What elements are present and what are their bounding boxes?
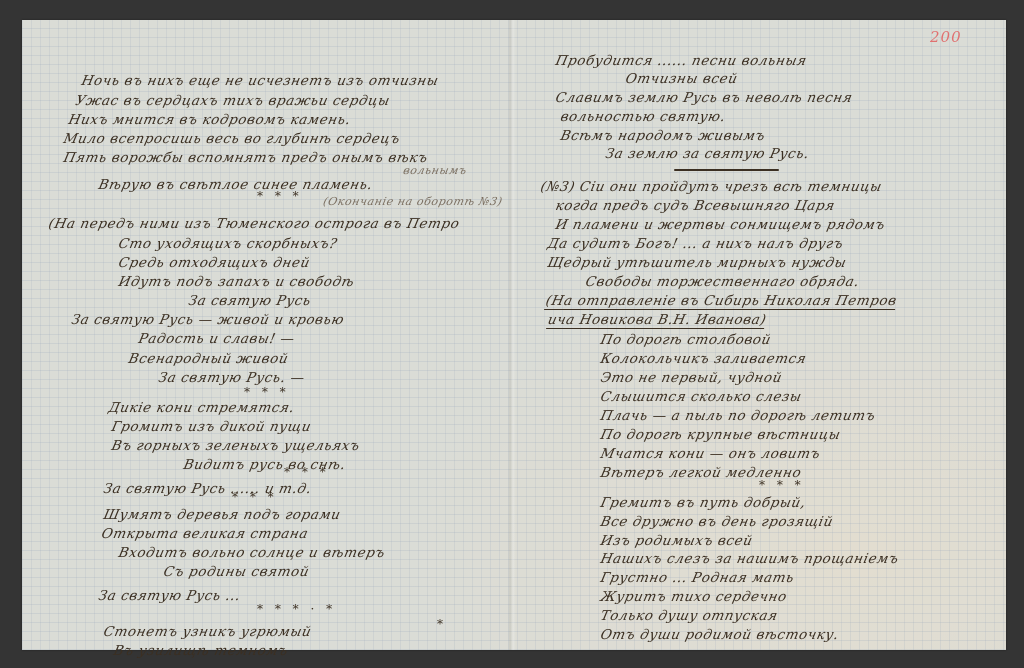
handwritten-line: Колокольчикъ заливается <box>599 351 808 367</box>
page-number: 200 <box>930 28 962 46</box>
handwritten-line: Ночь въ нихъ еще не исчезнетъ изъ отчизн… <box>80 73 440 89</box>
handwritten-line: За святую Русь ...... и т.д. <box>102 481 313 497</box>
handwritten-line: Въ узилищѣ темномъ <box>112 643 290 659</box>
handwritten-line: Журитъ тихо сердечно <box>599 589 789 605</box>
asterism-mark: * * * <box>759 478 805 492</box>
asterism-mark: * * * <box>257 189 303 203</box>
handwritten-line: Всѣмъ народомъ живымъ <box>559 128 767 144</box>
handwritten-line: Всенародный живой <box>127 351 290 367</box>
handwritten-line: Нашихъ слезъ за нашимъ прощанiемъ <box>599 551 900 567</box>
handwritten-line: За святую Русь <box>187 293 313 309</box>
handwritten-line: Мило всепросишь весь во глубинѣ сердецъ <box>62 131 402 147</box>
handwritten-line: Изъ родимыхъ всей <box>599 533 754 549</box>
handwritten-line: Открыта великая страна <box>100 526 310 542</box>
handwritten-line: Входитъ вольно солнце и вѣтеръ <box>117 545 387 561</box>
handwritten-line: (На отправленiе въ Сибирь Николая Петров <box>544 293 898 310</box>
handwritten-line: Славимъ землю Русь въ неволѣ песня <box>554 90 854 106</box>
handwritten-line: За святую Русь. — <box>157 370 306 386</box>
handwritten-line: Слышится сколько слезы <box>599 389 803 405</box>
handwritten-line: Мчатся кони — онъ ловитъ <box>599 446 822 462</box>
handwritten-line: (На передъ ними изъ Тюменского острога в… <box>47 216 461 232</box>
handwritten-line: ича Новикова В.Н. Иванова) <box>546 312 768 329</box>
right-page: 200 Пробудится ...... песни вольныяОтчиз… <box>514 20 1006 650</box>
handwritten-line: Только душу отпуская <box>599 608 779 624</box>
asterism-mark: * * * <box>232 490 278 504</box>
handwritten-line: Отчизны всей <box>624 71 739 87</box>
handwritten-line: вольнымъ <box>402 164 468 177</box>
handwritten-line: Отъ души родимой вѣсточку. <box>599 627 840 643</box>
handwritten-line: За землю за святую Русь. <box>604 146 811 162</box>
handwritten-line: Дикiе кони стремятся. <box>107 400 296 416</box>
handwritten-line: Пробудится ...... песни вольныя <box>554 53 808 69</box>
handwritten-line: Радость и славы! — <box>137 331 296 347</box>
handwritten-line: Пять ворожбы вспомнятъ предъ онымъ вѣкъ <box>62 150 429 166</box>
handwritten-line: Идутъ подъ запахъ и свободѣ <box>117 274 356 290</box>
manuscript-sheet: Ночь въ нихъ еще не исчезнетъ изъ отчизн… <box>22 20 1006 650</box>
handwritten-line: По дорогѣ столбовой <box>599 332 773 348</box>
handwritten-line: Въ горныхъ зеленыхъ ущельяхъ <box>110 438 361 454</box>
asterism-mark: * <box>437 617 447 631</box>
left-page: Ночь въ нихъ еще не исчезнетъ изъ отчизн… <box>22 20 510 650</box>
handwritten-line: (№3) Сiи они пройдутъ чрезъ всѣ темницы <box>539 179 884 195</box>
divider-rule <box>674 169 779 171</box>
handwritten-line: Стонетъ узникъ угрюмый <box>102 624 313 640</box>
handwritten-line: За святую Русь ... <box>97 588 242 604</box>
handwritten-line: Это не первый, чудной <box>599 370 784 386</box>
handwritten-line: Вѣрую въ свѣтлое синее пламень. <box>97 177 374 193</box>
handwritten-line: Гремитъ въ путь добрый, <box>599 495 807 511</box>
handwritten-line: Средь отходящихъ дней <box>117 255 312 271</box>
handwritten-line: За святую Русь — живой и кровью <box>70 312 346 328</box>
asterism-mark: * * * <box>244 385 290 399</box>
handwritten-line: Плачь — а пыль по дорогѣ летитъ <box>599 408 877 424</box>
handwritten-line: Грустно ... Родная мать <box>599 570 796 586</box>
handwritten-line: Все дружно въ день грозящій <box>599 514 835 530</box>
handwritten-line: Сто уходящихъ скорбныхъ? <box>117 236 339 252</box>
handwritten-line: Да судитъ Богъ! ... а нихъ налъ другъ <box>546 236 845 252</box>
handwritten-line: Нихъ мнится въ кодровомъ камень. <box>67 112 352 128</box>
handwritten-line: (Окончанiе на оборотѣ №3) <box>322 195 504 208</box>
handwritten-line: когда предъ судъ Всевышняго Царя <box>554 198 837 214</box>
handwritten-line: По дорогѣ крупные вѣстницы <box>599 427 842 443</box>
handwritten-line: Громитъ изъ дикой пущи <box>110 419 313 435</box>
handwritten-line: Шумятъ деревья подъ горами <box>102 507 342 523</box>
asterism-mark: * * * · * <box>257 602 336 616</box>
asterism-mark: * * * <box>284 465 330 479</box>
handwritten-line: вольностью святую. <box>559 109 727 125</box>
handwritten-line: Щедрый утѣшитель мирныхъ нужды <box>546 255 848 271</box>
handwritten-line: И пламени и жертвы сонмищемъ рядомъ <box>554 217 887 233</box>
handwritten-line: Свободы торжественнаго обряда. <box>584 274 861 290</box>
handwritten-line: Ужас въ сердцахъ тихъ вражьи сердцы <box>74 93 391 109</box>
handwritten-line: Съ родины святой <box>162 564 311 580</box>
